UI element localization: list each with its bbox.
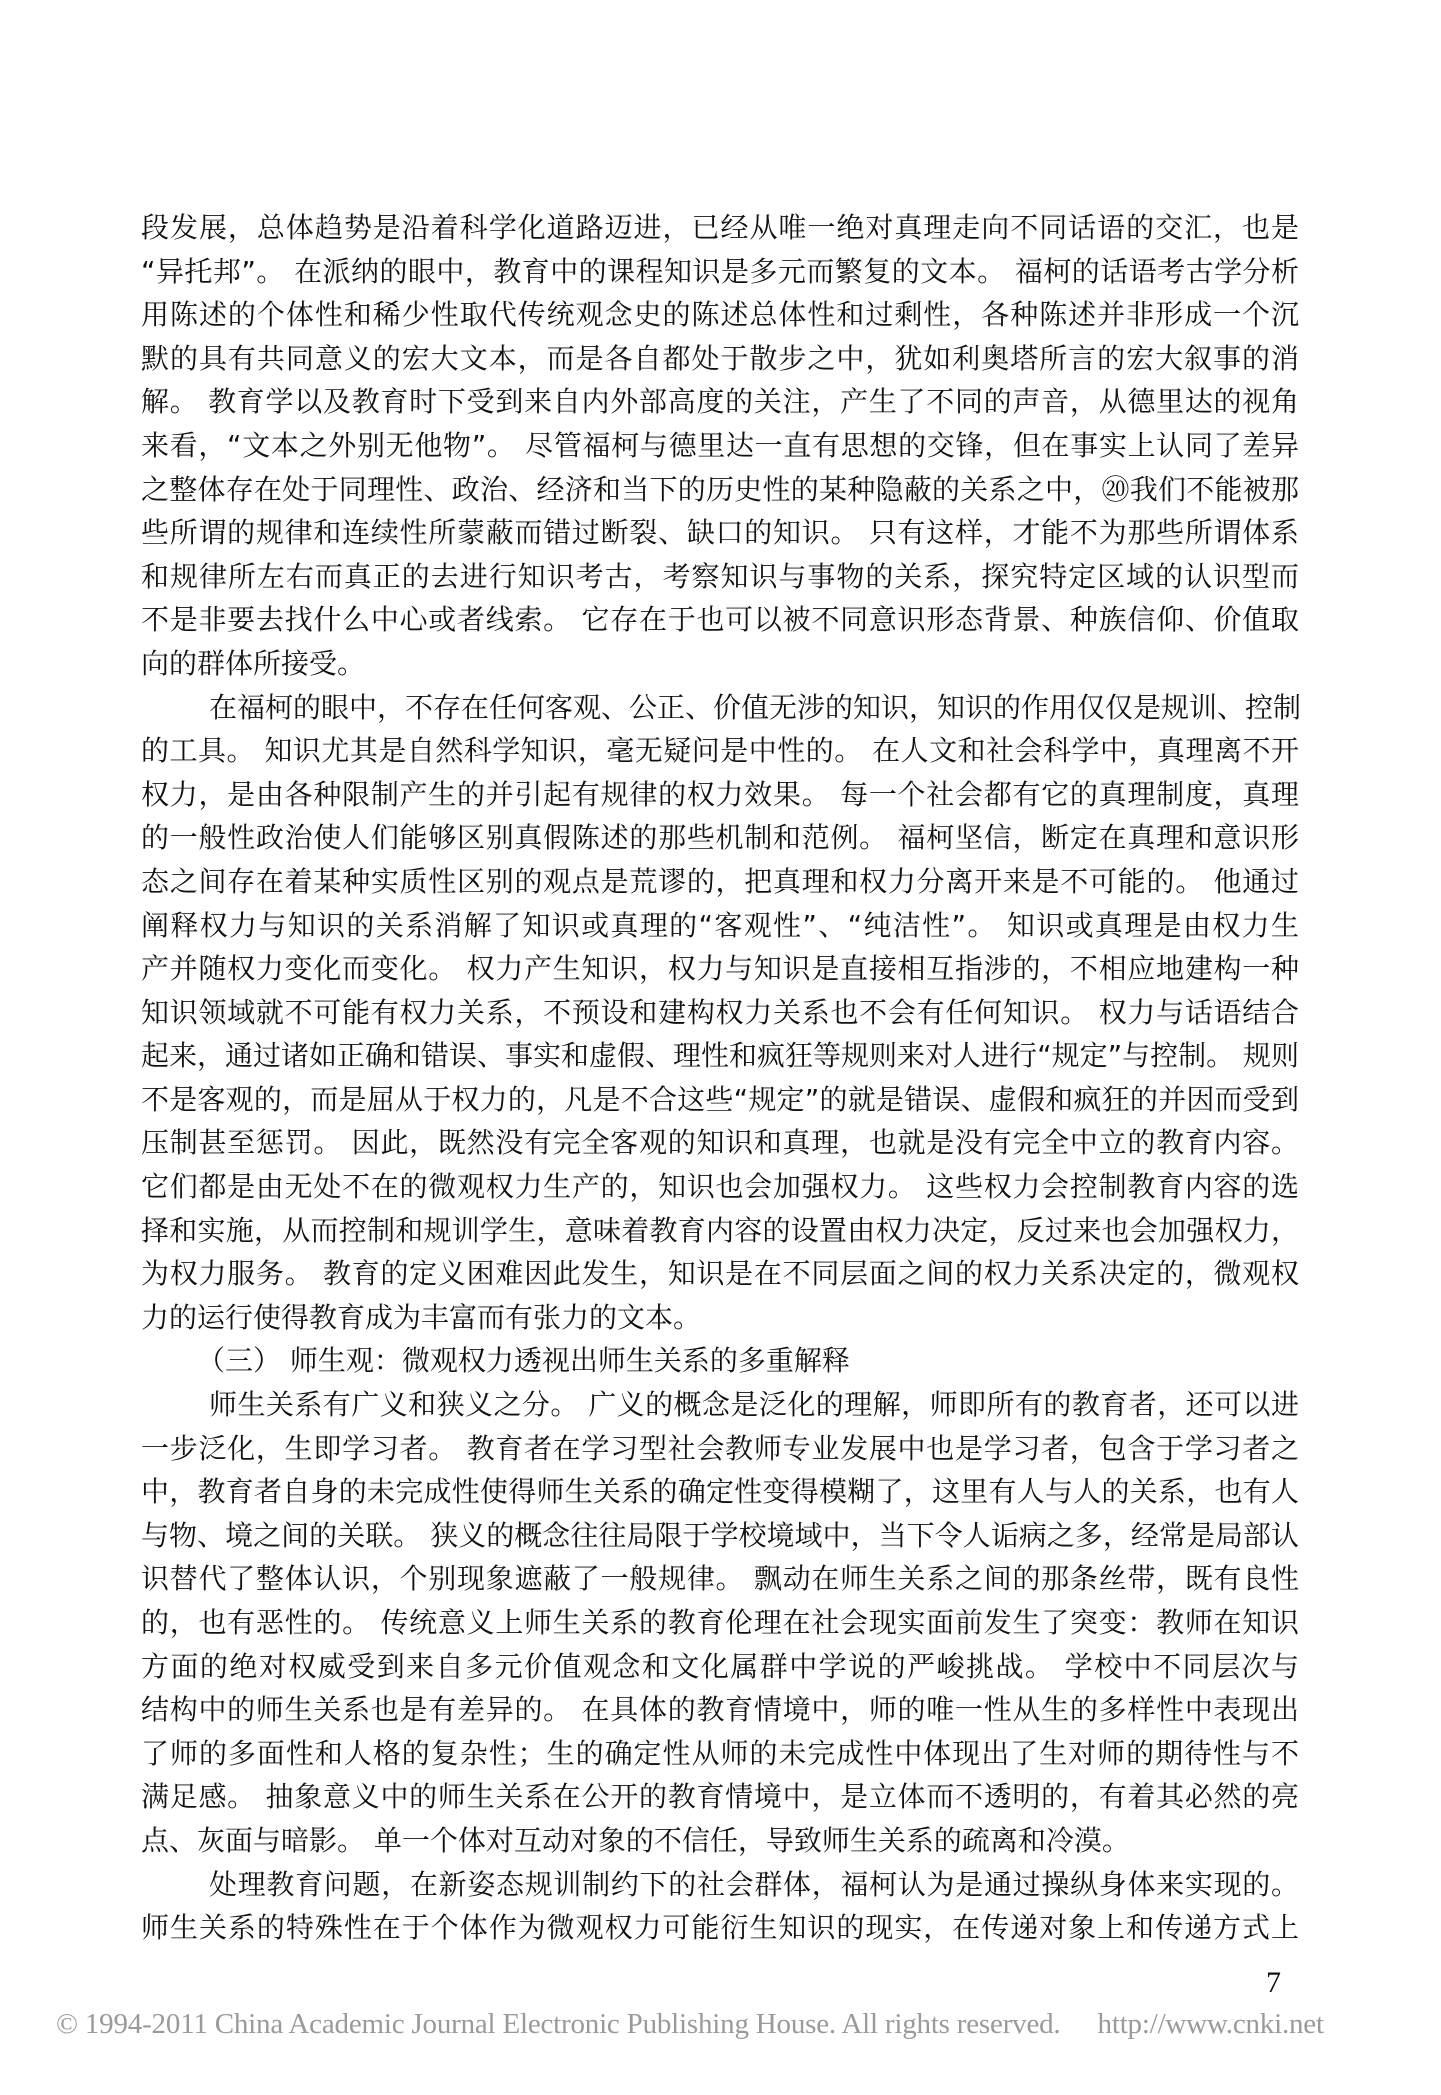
- text-line: 结构中的师生关系也是有差异的。 在具体的教育情境中，师的唯一性从生的多样性中表现…: [141, 1688, 1299, 1732]
- page-number: 7: [1266, 1966, 1281, 2000]
- text-line: 点、灰面与暗影。 单一个体对互动对象的不信任，导致师生关系的疏离和冷漠。: [141, 1819, 1299, 1863]
- cnki-url: http://www.cnki.net: [1098, 2008, 1324, 2040]
- copyright-text: © 1994-2011 China Academic Journal Elect…: [56, 2008, 1060, 2040]
- text-line: 知识领域就不可能有权力关系，不预设和建构权力关系也不会有任何知识。 权力与话语结…: [141, 991, 1299, 1035]
- text-line: 不是非要去找什么中心或者线索。 它存在于也可以被不同意识形态背景、种族信仰、价值…: [141, 598, 1299, 642]
- text-line: 的一般性政治使人们能够区别真假陈述的那些机制和范例。 福柯坚信，断定在真理和意识…: [141, 816, 1299, 860]
- text-line: 方面的绝对权威受到来自多元价值观念和文化属群中学说的严峻挑战。 学校中不同层次与: [141, 1645, 1299, 1689]
- text-line: 段发展，总体趋势是沿着科学化道路迈进，已经从唯一绝对真理走向不同话语的交汇，也是: [141, 206, 1299, 250]
- text-line: 它们都是由无处不在的微观权力生产的，知识也会加强权力。 这些权力会控制教育内容的…: [141, 1165, 1299, 1209]
- text-line: 力的运行使得教育成为丰富而有张力的文本。: [141, 1296, 1299, 1340]
- text-line: 不是客观的，而是屈从于权力的，凡是不合这些“规定”的就是错误、虚假和疯狂的并因而…: [141, 1078, 1299, 1122]
- copyright-footer: © 1994-2011 China Academic Journal Elect…: [56, 2008, 1376, 2041]
- text-line: 权力，是由各种限制产生的并引起有规律的权力效果。 每一个社会都有它的真理制度，真…: [141, 773, 1299, 817]
- text-line: 识替代了整体认识，个别现象遮蔽了一般规律。 飘动在师生关系之间的那条丝带，既有良…: [141, 1557, 1299, 1601]
- text-line: 解。 教育学以及教育时下受到来自内外部高度的关注，产生了不同的声音，从德里达的视…: [141, 380, 1299, 424]
- text-line: 些所谓的规律和连续性所蒙蔽而错过断裂、缺口的知识。 只有这样，才能不为那些所谓体…: [141, 511, 1299, 555]
- text-line: 处理教育问题，在新姿态规训制约下的社会群体，福柯认为是通过操纵身体来实现的。: [141, 1863, 1299, 1907]
- text-line: 一步泛化，生即学习者。 教育者在学习型社会教师专业发展中也是学习者，包含于学习者…: [141, 1427, 1299, 1471]
- text-line: 择和实施，从而控制和规训学生，意味着教育内容的设置由权力决定，反过来也会加强权力…: [141, 1209, 1299, 1253]
- section-heading: （三） 师生观：微观权力透视出师生关系的多重解释: [141, 1339, 1299, 1383]
- text-line: 为权力服务。 教育的定义困难因此发生，知识是在不同层面之间的权力关系决定的，微观…: [141, 1252, 1299, 1296]
- text-line: 起来，通过诸如正确和错误、事实和虚假、理性和疯狂等规则来对人进行“规定”与控制。…: [141, 1034, 1299, 1078]
- text-line: 师生关系有广义和狭义之分。 广义的概念是泛化的理解，师即所有的教育者，还可以进: [141, 1383, 1299, 1427]
- text-line: 压制甚至惩罚。 因此，既然没有完全客观的知识和真理，也就是没有完全中立的教育内容…: [141, 1121, 1299, 1165]
- text-line: 用陈述的个体性和稀少性取代传统观念史的陈述总体性和过剩性，各种陈述并非形成一个沉: [141, 293, 1299, 337]
- text-line: 的，也有恶性的。 传统意义上师生关系的教育伦理在社会现实面前发生了突变：教师在知…: [141, 1601, 1299, 1645]
- text-line: 中，教育者自身的未完成性使得师生关系的确定性变得模糊了，这里有人与人的关系，也有…: [141, 1470, 1299, 1514]
- text-line: 和规律所左右而真正的去进行知识考古，考察知识与事物的关系，探究特定区域的认识型而: [141, 555, 1299, 599]
- text-line: 之整体存在处于同理性、政治、经济和当下的历史性的某种隐蔽的关系之中，⑳我们不能被…: [141, 468, 1299, 512]
- text-line: 与物、境之间的关联。 狭义的概念往往局限于学校境域中，当下令人诟病之多，经常是局…: [141, 1514, 1299, 1558]
- text-line: 的工具。 知识尤其是自然科学知识，毫无疑问是中性的。 在人文和社会科学中，真理离…: [141, 729, 1299, 773]
- text-line: 来看，“文本之外别无他物”。 尽管福柯与德里达一直有思想的交锋，但在事实上认同了…: [141, 424, 1299, 468]
- text-line: 态之间存在着某种实质性区别的观点是荒谬的，把真理和权力分离开来是不可能的。 他通…: [141, 860, 1299, 904]
- text-line: 默的具有共同意义的宏大文本，而是各自都处于散步之中，犹如利奥塔所言的宏大叙事的消: [141, 337, 1299, 381]
- text-line: 了师的多面性和人格的复杂性；生的确定性从师的未完成性中体现出了生对师的期待性与不: [141, 1732, 1299, 1776]
- text-line: 阐释权力与知识的关系消解了知识或真理的“客观性”、“纯洁性”。 知识或真理是由权…: [141, 904, 1299, 948]
- text-line: 产并随权力变化而变化。 权力产生知识，权力与知识是直接相互指涉的，不相应地建构一…: [141, 947, 1299, 991]
- text-line: 向的群体所接受。: [141, 642, 1299, 686]
- document-page: 段发展，总体趋势是沿着科学化道路迈进，已经从唯一绝对真理走向不同话语的交汇，也是…: [0, 0, 1441, 2095]
- body-text: 段发展，总体趋势是沿着科学化道路迈进，已经从唯一绝对真理走向不同话语的交汇，也是…: [141, 206, 1299, 1950]
- text-line: 在福柯的眼中，不存在任何客观、公正、价值无涉的知识，知识的作用仅仅是规训、控制人: [141, 686, 1299, 730]
- text-line: 满足感。 抽象意义中的师生关系在公开的教育情境中，是立体而不透明的，有着其必然的…: [141, 1775, 1299, 1819]
- text-line: 师生关系的特殊性在于个体作为微观权力可能衍生知识的现实，在传递对象上和传递方式上: [141, 1906, 1299, 1950]
- text-line: “异托邦”。 在派纳的眼中，教育中的课程知识是多元而繁复的文本。 福柯的话语考古…: [141, 250, 1299, 294]
